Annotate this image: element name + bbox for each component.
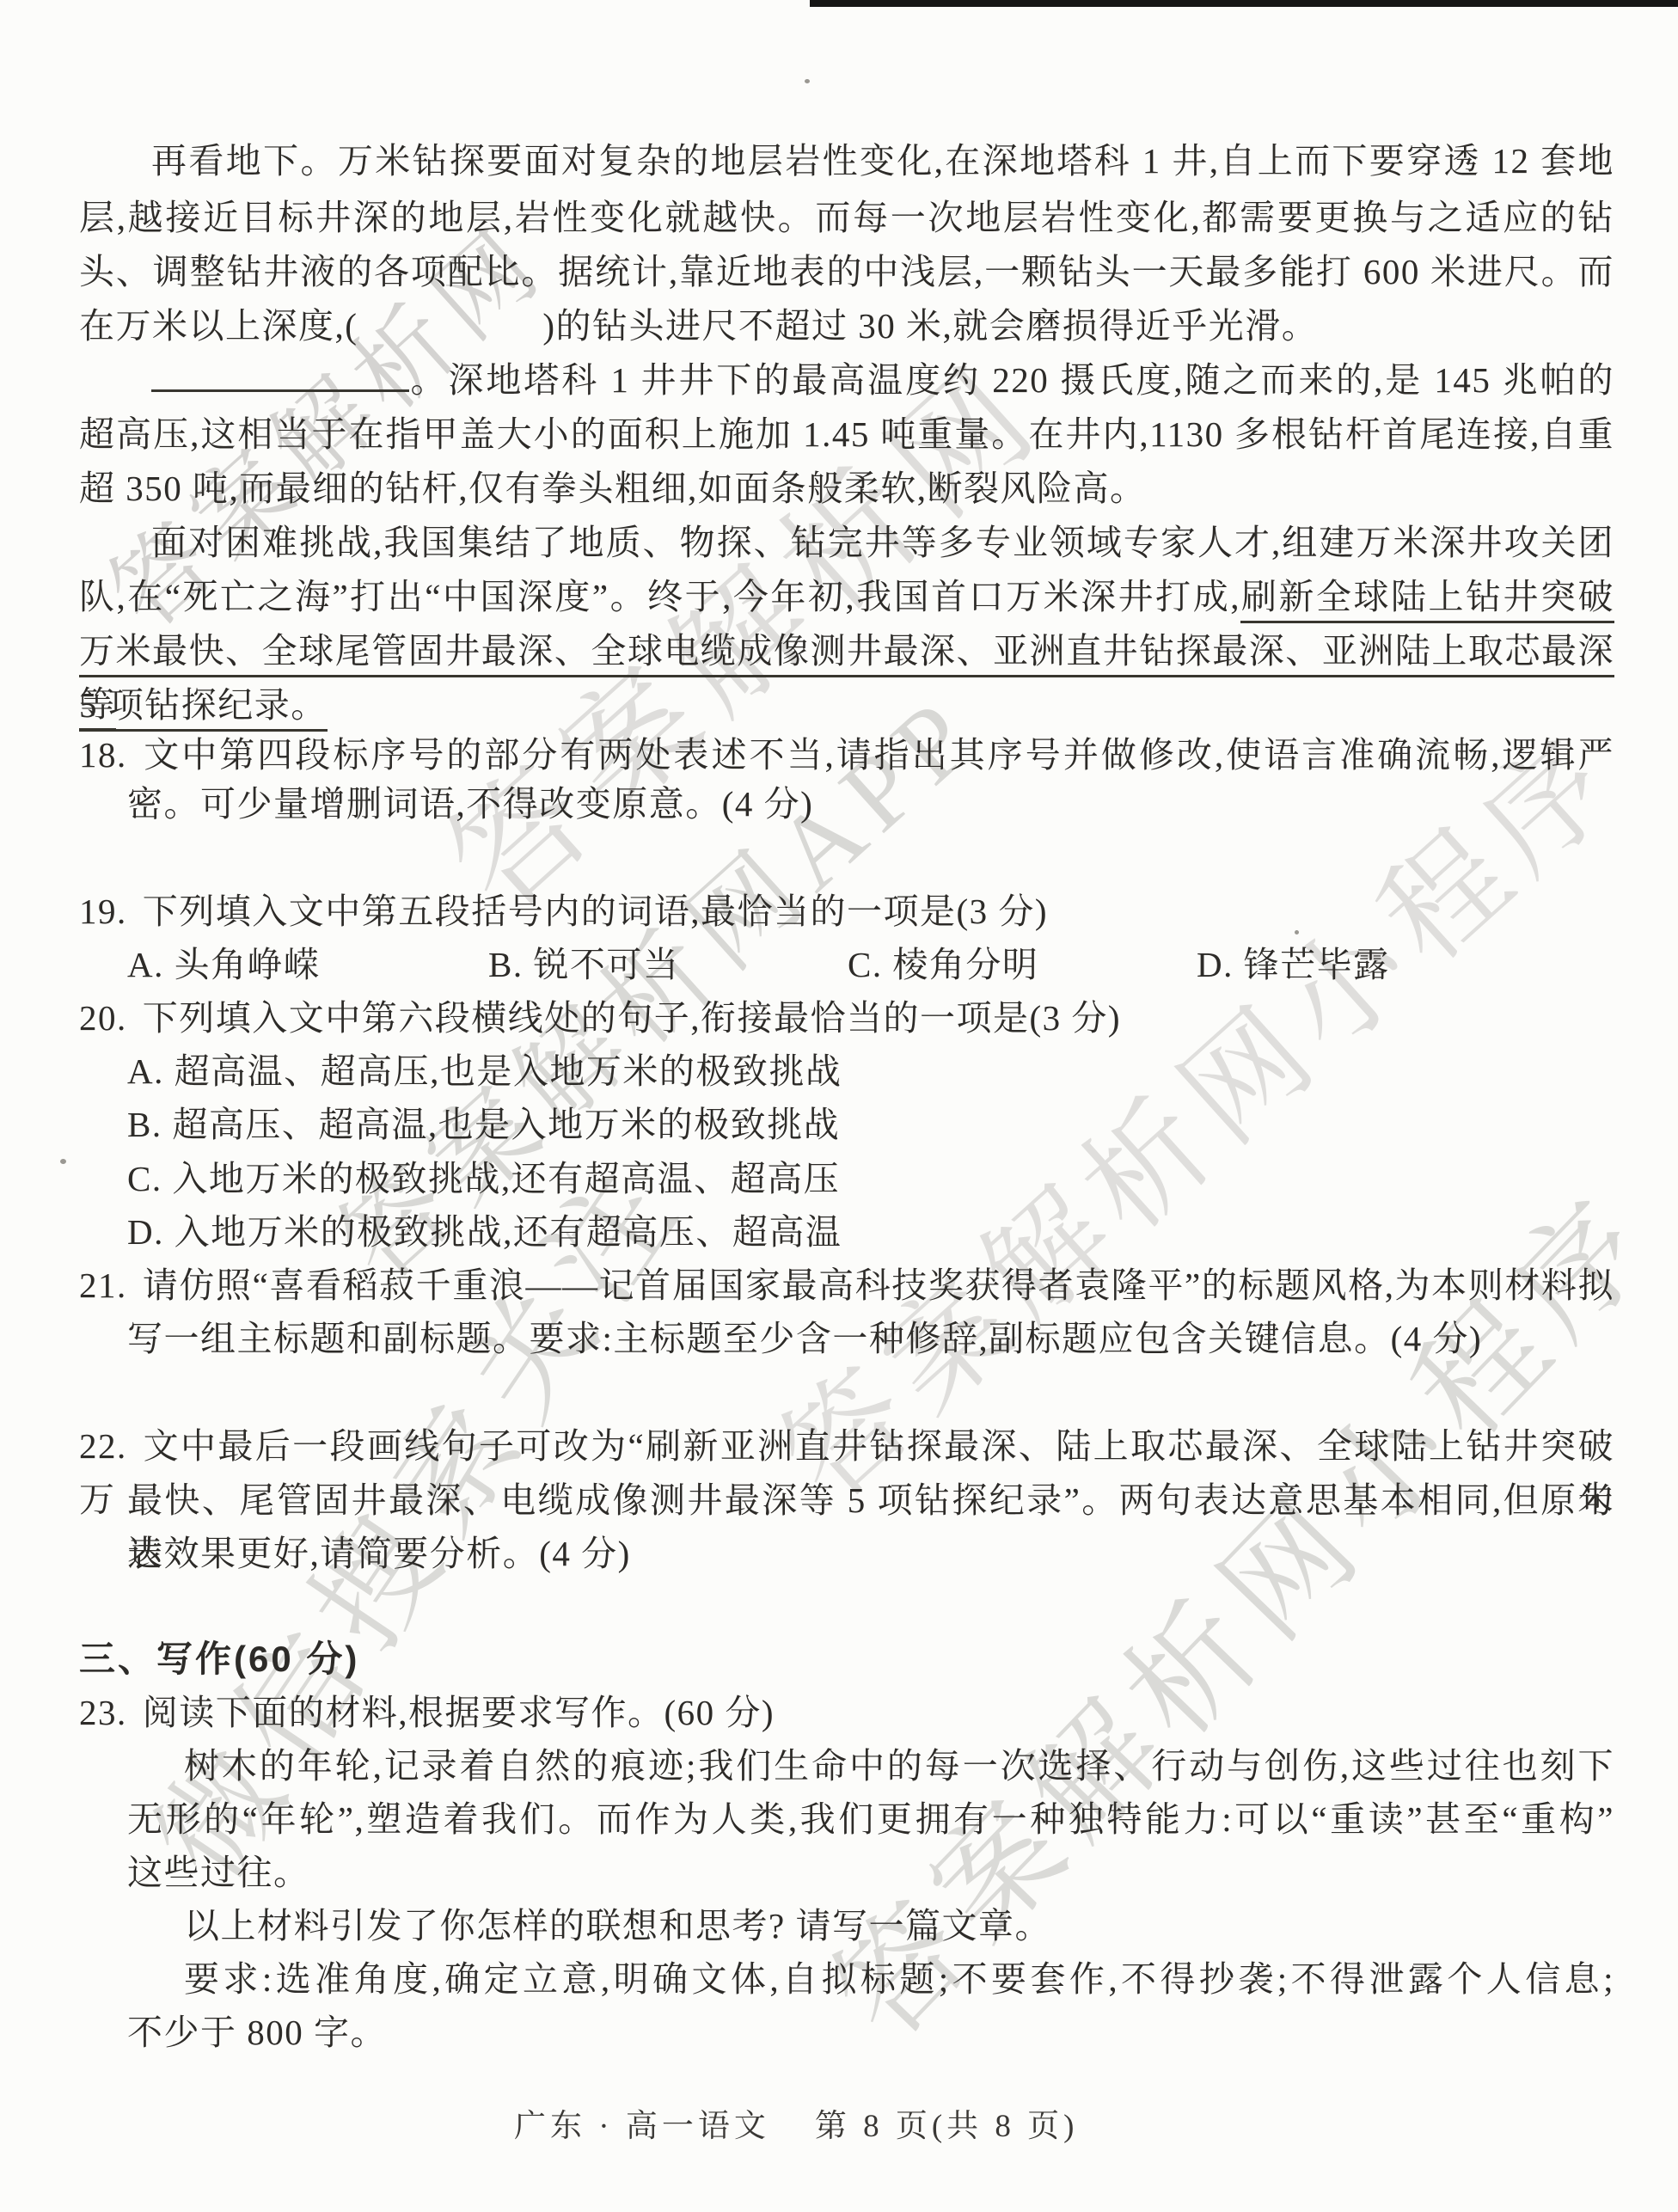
question-text: 阅读下面的材料,根据要求写作。(60 分): [143, 1693, 775, 1732]
passage-text: 。深地塔科 1 井井下的最高温度约 220 摄氏度,随之而来的,是 145 兆帕…: [409, 360, 1614, 400]
question-19-line: 19.下列填入文中第五段括号内的词语,最恰当的一项是(3 分): [79, 885, 1614, 938]
option-b: B. 锐不可当: [488, 938, 679, 991]
question-23-requirements-line2: 不少于 800 字。: [79, 2006, 1614, 2059]
option-d: D. 锋芒毕露: [1197, 938, 1390, 991]
passage-para7-line1: 面对困难挑战,我国集结了地质、物探、钻完井等多专业领域专家人才,组建万米深井攻关…: [79, 516, 1614, 569]
question-23-prompt: 以上材料引发了你怎样的联想和思考? 请写一篇文章。: [79, 1899, 1614, 1952]
passage-para5-line3: 头、调整钻井液的各项配比。据统计,靠近地表的中浅层,一颗钻头一天最多能打 600…: [79, 245, 1614, 298]
scan-edge-bar: [810, 0, 1678, 7]
footer-region-subject: 广东 · 高一语文: [514, 2109, 770, 2144]
question-20-line: 20.下列填入文中第六段横线处的句子,衔接最恰当的一项是(3 分): [79, 991, 1614, 1045]
option-a: A. 头角峥嵘: [127, 938, 321, 991]
underlined-text: 5 项钻探纪录。: [79, 685, 328, 732]
question-20-option-d: D. 入地万米的极致挑战,还有超高压、超高温: [79, 1205, 1614, 1259]
question-23-requirements-line1: 要求:选准角度,确定立意,明确文体,自拟标题;不要套作,不得抄袭;不得泄露个人信…: [79, 1952, 1614, 2006]
question-text: 下列填入文中第六段横线处的句子,衔接最恰当的一项是(3 分): [143, 998, 1121, 1038]
question-18-line2: 密。可少量增删词语,不得改变原意。(4 分): [79, 777, 1614, 830]
footer-page-info: 第 8 页(共 8 页): [815, 2109, 1079, 2144]
passage-text: 队,在“死亡之海”打出“中国深度”。终于,今年初,我国首口万米深井打成,: [79, 577, 1240, 616]
question-22-line3: 达效果更好,请简要分析。(4 分): [79, 1527, 1614, 1580]
question-21-line2: 写一组主标题和副标题。要求:主标题至少含一种修辞,副标题应包含关键信息。(4 分…: [79, 1312, 1614, 1365]
passage-para5-line2: 层,越接近目标井深的地层,岩性变化就越快。而每一次地层岩性变化,都需要更换与之适…: [79, 191, 1614, 244]
question-18-line1: 18.文中第四段标序号的部分有两处表述不当,请指出其序号并做修改,使语言准确流畅…: [79, 728, 1614, 781]
question-text: 下列填入文中第五段括号内的词语,最恰当的一项是(3 分): [143, 892, 1048, 931]
exam-page-scan: 答案解析网 答案解析网APP 答案解析网 微信搜索关注 答案解析网小程序 答案解…: [0, 0, 1678, 2212]
question-number: 19.: [79, 892, 127, 931]
passage-text: )的钻头进尺不超过 30 米,就会磨损得近乎光滑。: [542, 306, 1318, 346]
question-23-material-line2: 无形的“年轮”,塑造着我们。而作为人类,我们更拥有一种独特能力:可以“重读”甚至…: [79, 1792, 1614, 1846]
question-20-option-c: C. 入地万米的极致挑战,还有超高温、超高压: [79, 1152, 1614, 1205]
question-number: 22.: [79, 1426, 127, 1466]
question-text: 请仿照“喜看稻菽千重浪——记首届国家最高科技奖获得者袁隆平”的标题风格,为本则材…: [143, 1265, 1614, 1305]
passage-para6-line3: 超 350 吨,而最细的钻杆,仅有拳头粗细,如面条般柔软,断裂风险高。: [79, 462, 1614, 515]
passage-para5-line4: 在万米以上深度,()的钻头进尺不超过 30 米,就会磨损得近乎光滑。: [79, 299, 1614, 352]
question-21-line1: 21.请仿照“喜看稻菽千重浪——记首届国家最高科技奖获得者袁隆平”的标题风格,为…: [79, 1259, 1614, 1312]
passage-para6-line1: 。深地塔科 1 井井下的最高温度约 220 摄氏度,随之而来的,是 145 兆帕…: [79, 353, 1614, 407]
question-number: 18.: [79, 735, 127, 775]
scan-speck: [60, 1159, 66, 1164]
section-3-heading: 三、写作(60 分): [79, 1633, 1614, 1686]
question-23-material-line1: 树木的年轮,记录着自然的痕迹;我们生命中的每一次选择、行动与创伤,这些过往也刻下: [79, 1739, 1614, 1792]
question-23-material-line3: 这些过往。: [79, 1846, 1614, 1899]
bracket-blank: [358, 329, 542, 338]
question-number: 23.: [79, 1693, 127, 1732]
passage-para7-line2: 队,在“死亡之海”打出“中国深度”。终于,今年初,我国首口万米深井打成,刷新全球…: [79, 570, 1614, 623]
question-number: 20.: [79, 998, 127, 1038]
scan-speck: [805, 79, 810, 83]
passage-para6-line2: 超高压,这相当于在指甲盖大小的面积上施加 1.45 吨重量。在井内,1130 多…: [79, 407, 1614, 461]
question-20-option-a: A. 超高温、超高压,也是入地万米的极致挑战: [79, 1045, 1614, 1098]
question-20-option-b: B. 超高压、超高温,也是入地万米的极致挑战: [79, 1098, 1614, 1151]
underlined-text: 刷新全球陆上钻井突破: [1240, 577, 1614, 623]
passage-text: 在万米以上深度,(: [79, 306, 358, 346]
page-footer: 广东 · 高一语文第 8 页(共 8 页): [514, 2103, 1078, 2151]
question-text: 文中第四段标序号的部分有两处表述不当,请指出其序号并做修改,使语言准确流畅,逻辑…: [143, 735, 1614, 775]
question-number: 21.: [79, 1265, 127, 1305]
fill-in-blank-line: [151, 364, 409, 392]
passage-para7-line4: 5 项钻探纪录。: [79, 678, 1614, 732]
passage-para5-line1: 再看地下。万米钻探要面对复杂的地层岩性变化,在深地塔科 1 井,自上而下要穿透 …: [79, 134, 1614, 187]
question-23-line: 23.阅读下面的材料,根据要求写作。(60 分): [79, 1686, 1614, 1739]
option-c: C. 棱角分明: [848, 938, 1038, 991]
